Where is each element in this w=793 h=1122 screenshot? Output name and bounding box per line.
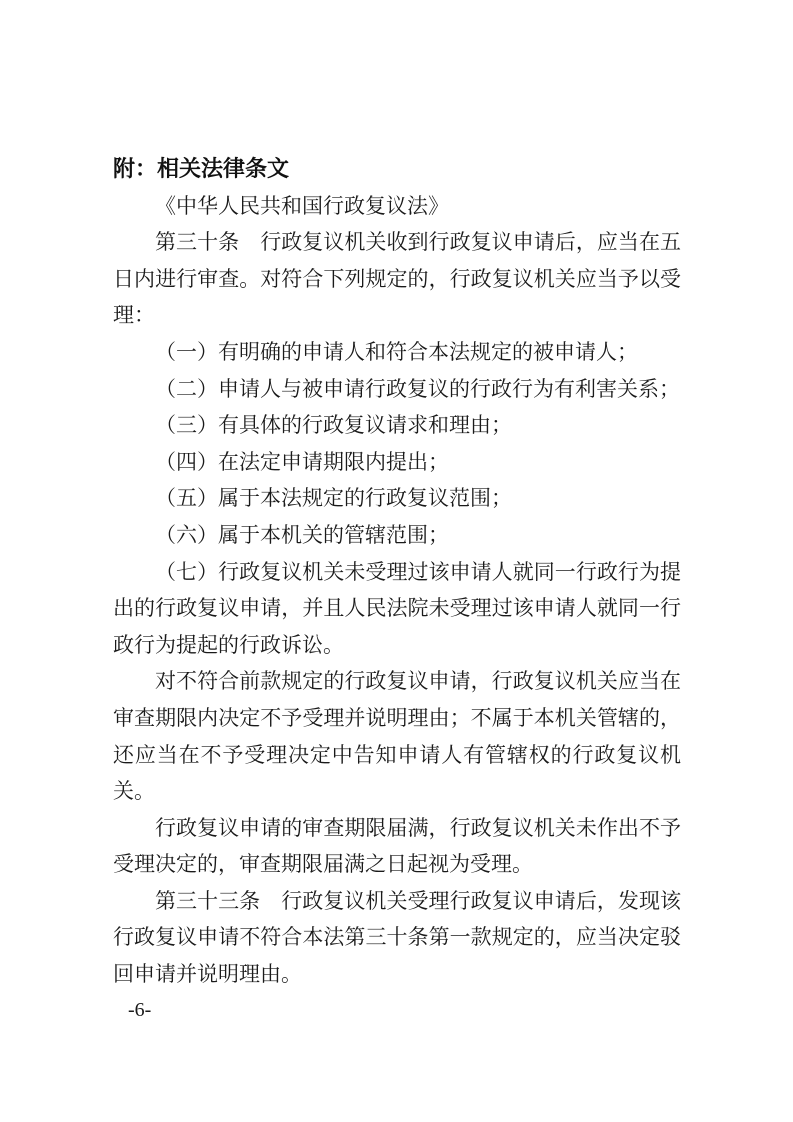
attachment-heading: 附：相关法律条文 xyxy=(113,151,681,188)
document-content: 附：相关法律条文 《中华人民共和国行政复议法》第三十条 行政复议机关收到行政复议… xyxy=(113,151,681,993)
paragraph: 对不符合前款规定的行政复议申请，行政复议机关应当在审查期限内决定不予受理并说明理… xyxy=(113,663,681,809)
paragraph: 《中华人民共和国行政复议法》 xyxy=(113,188,681,225)
paragraph: （三）有具体的行政复议请求和理由； xyxy=(113,407,681,444)
paragraph: （二）申请人与被申请行政复议的行政行为有利害关系； xyxy=(113,371,681,408)
paragraph: 第三十条 行政复议机关收到行政复议申请后，应当在五日内进行审查。对符合下列规定的… xyxy=(113,224,681,334)
paragraph: （一）有明确的申请人和符合本法规定的被申请人； xyxy=(113,334,681,371)
page-number: -6- xyxy=(128,997,151,1023)
paragraph: （五）属于本法规定的行政复议范围； xyxy=(113,480,681,517)
paragraph: （四）在法定申请期限内提出； xyxy=(113,444,681,481)
paragraph: （七）行政复议机关未受理过该申请人就同一行政行为提出的行政复议申请，并且人民法院… xyxy=(113,554,681,664)
document-page: 附：相关法律条文 《中华人民共和国行政复议法》第三十条 行政复议机关收到行政复议… xyxy=(0,0,793,1122)
document-body: 《中华人民共和国行政复议法》第三十条 行政复议机关收到行政复议申请后，应当在五日… xyxy=(113,188,681,993)
paragraph: （六）属于本机关的管辖范围； xyxy=(113,517,681,554)
paragraph: 第三十三条 行政复议机关受理行政复议申请后，发现该行政复议申请不符合本法第三十条… xyxy=(113,883,681,993)
paragraph: 行政复议申请的审查期限届满，行政复议机关未作出不予受理决定的，审查期限届满之日起… xyxy=(113,810,681,883)
